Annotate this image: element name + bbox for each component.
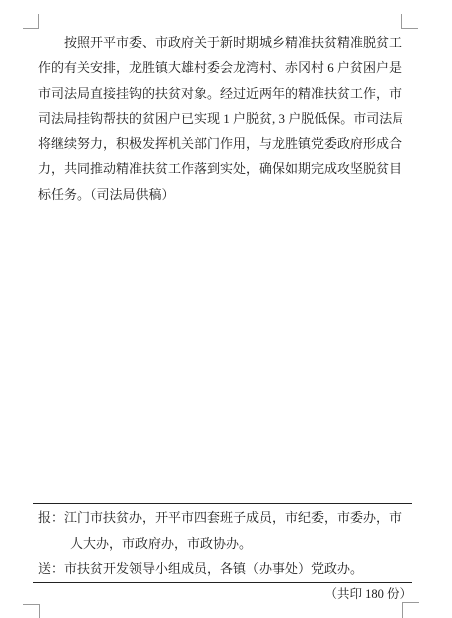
document-page: 按照开平市委、市政府关于新时期城乡精准扶贫精准脱贫工作的有关安排，龙胜镇大雄村委… xyxy=(0,0,452,618)
paragraph-line: 按照开平市委、市政府关于新时期城乡精准扶贫精准脱贫工 xyxy=(38,30,402,55)
paragraph-line: 标任务。（司法局供稿） xyxy=(38,182,402,207)
body-paragraph: 按照开平市委、市政府关于新时期城乡精准扶贫精准脱贫工作的有关安排，龙胜镇大雄村委… xyxy=(38,30,402,207)
distribution-separator-bottom xyxy=(33,582,412,583)
distribution-separator-top xyxy=(33,503,412,504)
paragraph-line: 将继续努力，积极发挥机关部门作用，与龙胜镇党委政府形成合 xyxy=(38,131,402,156)
crop-mark-bottom-right xyxy=(402,602,419,618)
paragraph-line: 市司法局直接挂钩的扶贫对象。经过近两年的精准扶贫工作，市 xyxy=(38,81,402,106)
crop-mark-top-left xyxy=(23,14,39,29)
report-line-2: 人大办，市政府办，市政协办。 xyxy=(70,536,402,552)
paragraph-line: 司法局挂钩帮扶的贫困户已实现 1 户脱贫, 3 户脱低保。市司法局 xyxy=(38,106,402,131)
crop-mark-top-right xyxy=(401,14,418,29)
print-count-note: （共印 180 份） xyxy=(324,587,412,602)
report-line-1: 报：江门市扶贫办，开平市四套班子成员，市纪委，市委办，市 xyxy=(38,510,402,526)
paragraph-line: 力，共同推动精准扶贫工作落到实处，确保如期完成攻坚脱贫目 xyxy=(38,156,402,181)
send-line: 送：市扶贫开发领导小组成员，各镇（办事处）党政办。 xyxy=(38,561,402,577)
crop-mark-bottom-left xyxy=(23,604,40,618)
paragraph-line: 作的有关安排，龙胜镇大雄村委会龙湾村、赤冈村 6 户贫困户是 xyxy=(38,55,402,80)
